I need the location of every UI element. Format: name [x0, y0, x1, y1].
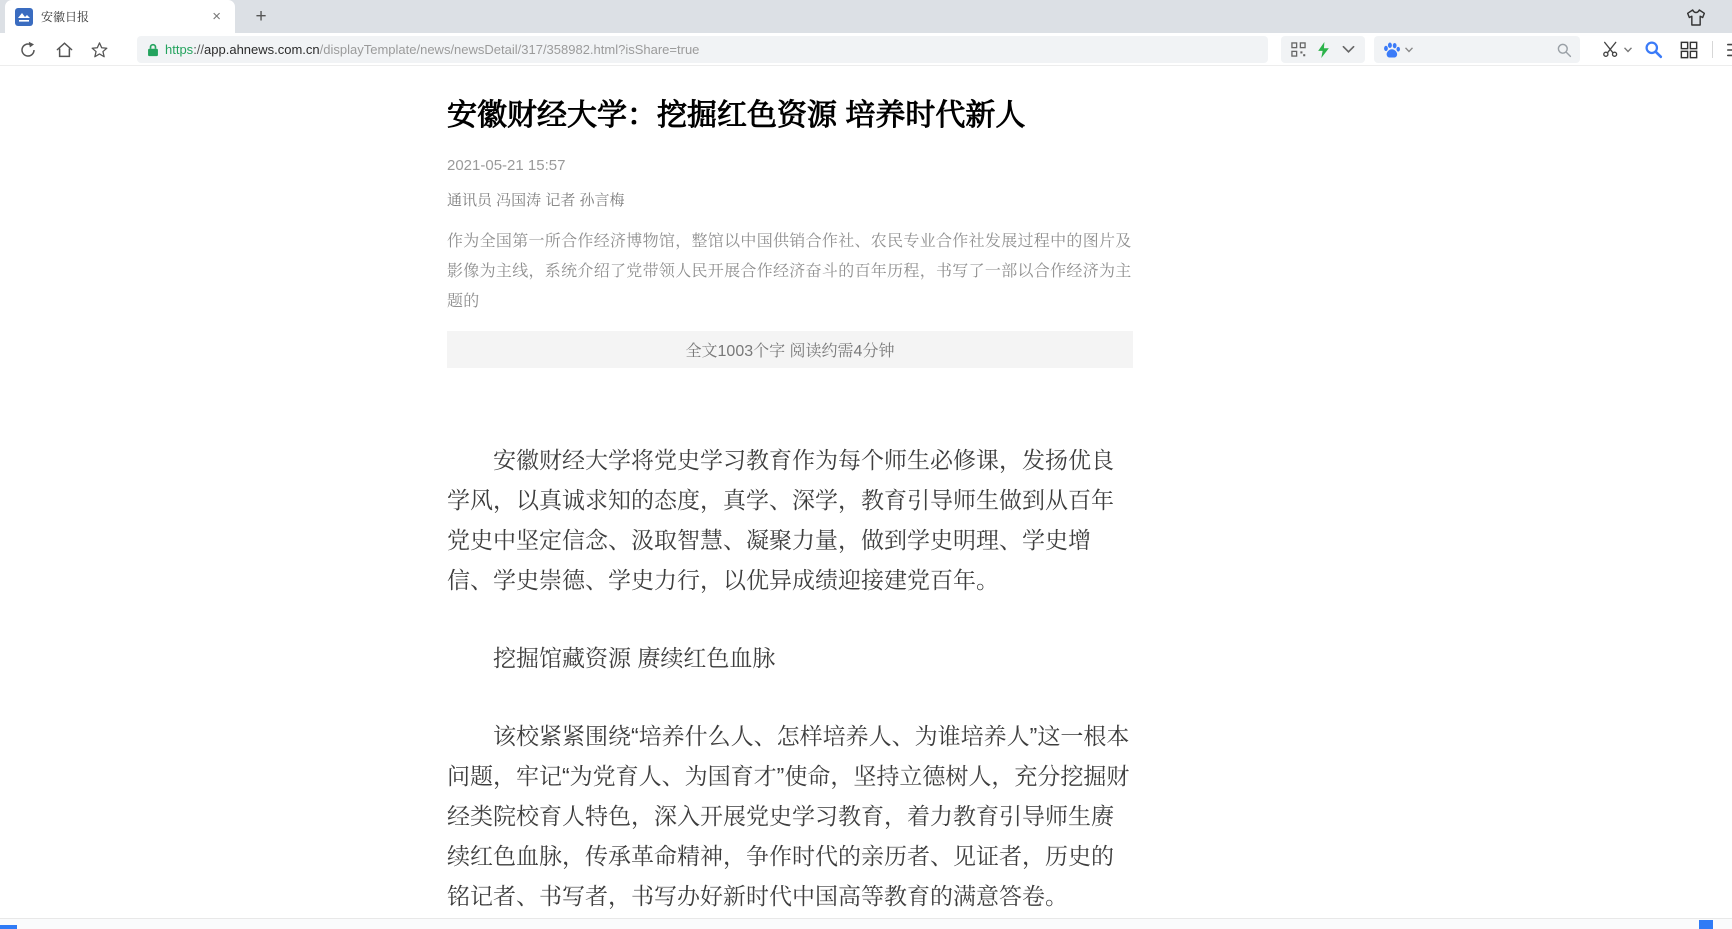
tab-close-icon[interactable]: × [208, 7, 225, 26]
menu-icon[interactable] [1722, 37, 1732, 62]
page-viewport: 安徽财经大学：挖掘红色资源 培养时代新人 2021-05-21 15:57 通讯… [0, 67, 1732, 918]
address-bar[interactable]: https://app.ahnews.com.cn/displayTemplat… [137, 36, 1268, 63]
status-bar [0, 918, 1732, 929]
home-icon[interactable] [52, 37, 77, 62]
article-paragraph: 安徽财经大学将党史学习教育作为每个师生必修课，发扬优良学风，以真诚求知的态度，真… [447, 440, 1133, 600]
tab-title: 安徽日报 [41, 8, 200, 25]
article-title: 安徽财经大学：挖掘红色资源 培养时代新人 [447, 97, 1133, 134]
url-separator: :// [193, 42, 204, 57]
url-text: https://app.ahnews.com.cn/displayTemplat… [165, 42, 699, 57]
search-box[interactable] [1374, 36, 1580, 63]
article-byline: 通讯员 冯国涛 记者 孙言梅 [447, 189, 1133, 210]
browser-tab[interactable]: 安徽日报 × [5, 0, 235, 33]
address-tools-group [1281, 36, 1365, 63]
tab-bar: 安徽日报 × + [0, 0, 1732, 33]
article-subheading: 挖掘馆藏资源 赓续红色血脉 [447, 638, 1133, 678]
browser-toolbar: https://app.ahnews.com.cn/displayTemplat… [0, 33, 1732, 66]
article: 安徽财经大学：挖掘红色资源 培养时代新人 2021-05-21 15:57 通讯… [447, 97, 1133, 916]
baidu-paw-icon[interactable] [1382, 41, 1401, 59]
progress-indicator-left [0, 925, 17, 929]
theme-tshirt-icon[interactable] [1684, 5, 1708, 29]
article-paragraph: 该校紧紧围绕“培养什么人、怎样培养人、为谁培养人”这一根本问题，牢记“为党育人、… [447, 716, 1133, 916]
speed-lightning-icon[interactable] [1317, 42, 1330, 58]
search-magnifier-icon[interactable] [1556, 42, 1572, 58]
bookmark-star-icon[interactable] [87, 37, 112, 62]
new-tab-button[interactable]: + [248, 4, 274, 30]
find-magnifier-icon[interactable] [1641, 37, 1666, 62]
reload-icon[interactable] [15, 37, 40, 62]
article-summary: 作为全国第一所合作经济博物馆，整馆以中国供销合作社、农民专业合作社发展过程中的图… [447, 227, 1133, 317]
site-favicon-icon [15, 8, 33, 26]
article-body: 安徽财经大学将党史学习教育作为每个师生必修课，发扬优良学风，以真诚求知的态度，真… [447, 440, 1133, 916]
toolbar-separator [1712, 41, 1713, 58]
secure-lock-icon[interactable] [147, 43, 159, 57]
progress-indicator-right [1699, 920, 1713, 929]
apps-grid-icon[interactable] [1676, 37, 1701, 62]
qr-code-icon[interactable] [1291, 42, 1306, 57]
search-engine-caret-icon[interactable] [1405, 47, 1413, 53]
screenshot-scissors-icon[interactable] [1598, 37, 1623, 62]
scissors-caret-icon[interactable] [1622, 37, 1634, 62]
chevron-down-icon[interactable] [1342, 45, 1355, 54]
reading-stats-bar: 全文1003个字 阅读约需4分钟 [447, 331, 1133, 368]
url-path: /displayTemplate/news/newsDetail/317/358… [320, 42, 700, 57]
article-date: 2021-05-21 15:57 [447, 157, 1133, 174]
url-scheme: https [165, 42, 193, 57]
url-host: app.ahnews.com.cn [204, 42, 320, 57]
